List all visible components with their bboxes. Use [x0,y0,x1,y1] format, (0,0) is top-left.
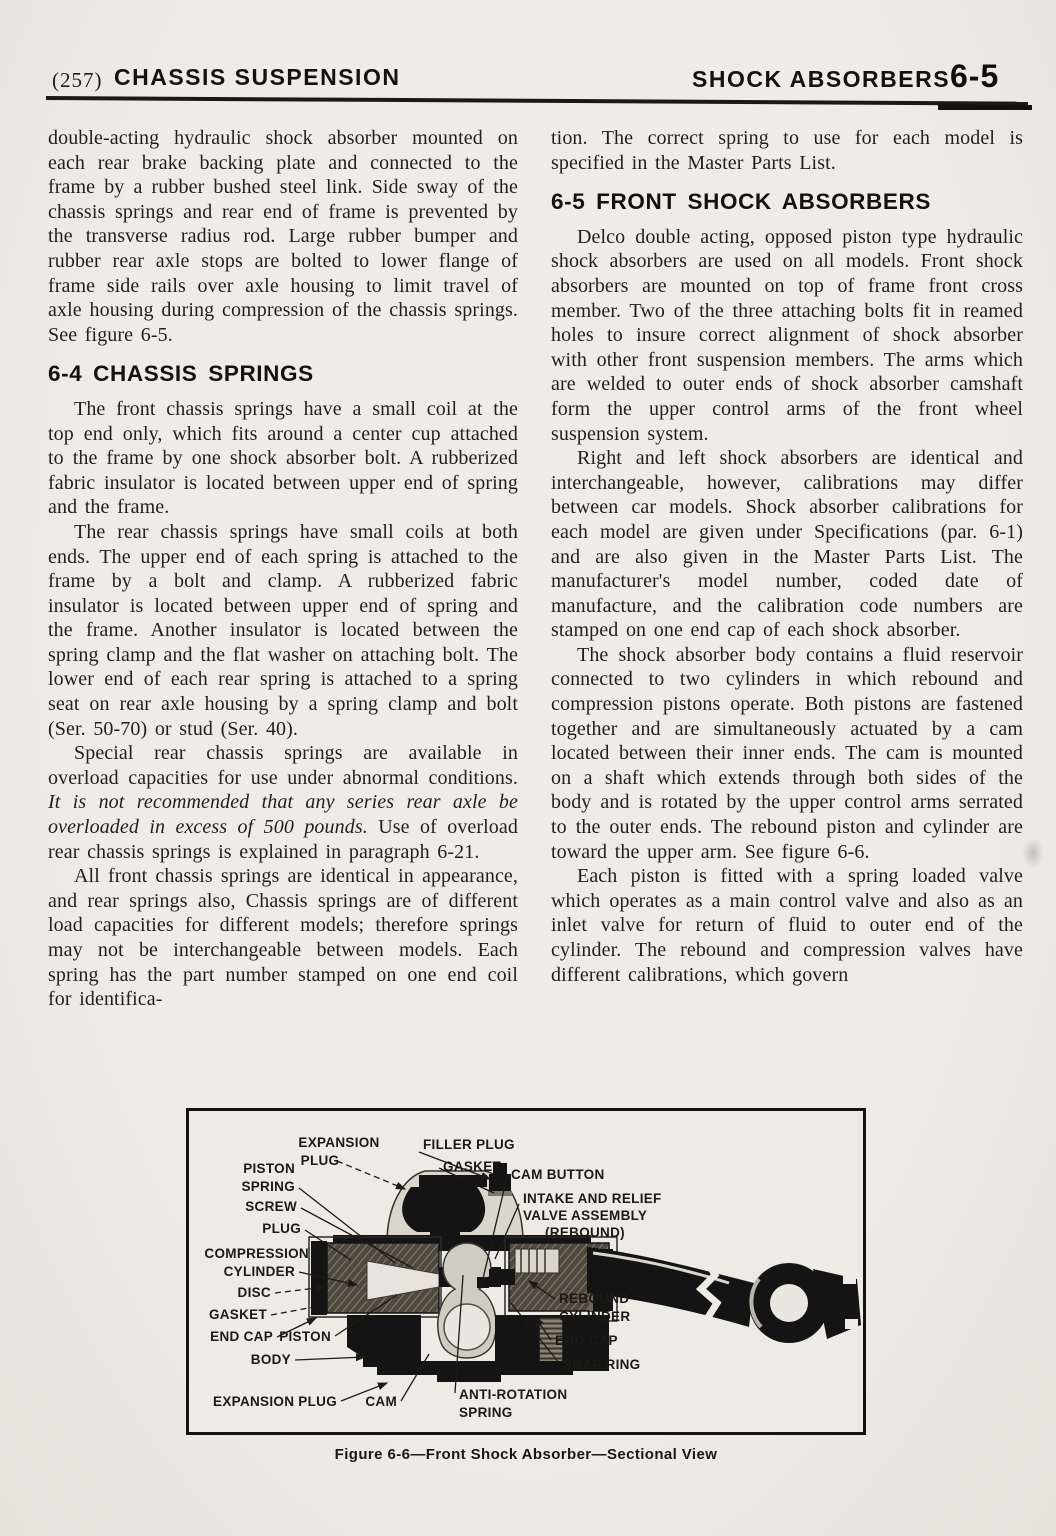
header-section-number: 6-5 [950,58,999,95]
paragraph-text: Special rear chassis springs are availab… [48,742,518,789]
paragraph: Right and left shock absorbers are ident… [551,446,1023,643]
page-number: (257) [52,68,103,93]
right-column: tion. The correct spring to use for each… [551,126,1023,987]
label-compression-cylinder: CYLINDER [224,1264,295,1279]
filler-plug-body [489,1174,511,1191]
header-rule [46,96,1028,106]
label-anti-rotation-spring: SPRING [459,1405,513,1420]
label-plug: PLUG [262,1221,301,1236]
label-piston-spring: PISTON [243,1161,295,1176]
paragraph: Each piston is fitted with a spring load… [551,864,1023,987]
cam-eye-part [444,1304,490,1350]
label-cam-button: CAM BUTTON [511,1167,605,1182]
paragraph: double-acting hydraulic shock absorber m… [48,126,518,347]
label-piston: PISTON [279,1329,331,1344]
scan-smudge [1022,838,1044,868]
paragraph: Special rear chassis springs are availab… [48,741,518,864]
paragraph: The rear chassis springs have small coil… [48,520,518,741]
manual-page: (257) CHASSIS SUSPENSION SHOCK ABSORBERS… [0,0,1056,1536]
label-rebound-cylinder: REBOUND [559,1291,629,1306]
label-end-cap-left: END CAP [210,1329,273,1344]
paragraph: The front chassis springs have a small c… [48,397,518,520]
figure-6-6: EXPANSION PLUG FILLER PLUG GASKET CAM BU… [186,1108,866,1435]
figure-caption: Figure 6-6—Front Shock Absorber—Sectiona… [186,1446,866,1463]
label-body: BODY [251,1352,291,1367]
piston-rod-part [489,1269,515,1285]
label-intake-relief-valve: INTAKE AND RELIEF [523,1191,662,1206]
header-left-title: CHASSIS SUSPENSION [114,64,400,91]
clamp-notch-top [843,1274,856,1284]
section-heading-6-5: 6-5 FRONT SHOCK ABSORBERS [551,190,1023,215]
label-disc: DISC [238,1285,271,1300]
label-screw: SCREW [245,1199,297,1214]
label-rebound-cylinder: CYLINDER [559,1309,630,1324]
label-gasket-left: GASKET [209,1307,268,1322]
section-heading-6-4: 6-4 CHASSIS SPRINGS [48,362,518,387]
label-expansion-plug-bottom: EXPANSION PLUG [213,1394,337,1409]
header-rule-heavy [938,105,1032,110]
label-compression-cylinder: COMPRESSION [204,1246,309,1261]
label-cam: CAM [365,1394,397,1409]
shock-absorber-sectional-diagram: EXPANSION PLUG FILLER PLUG GASKET CAM BU… [189,1111,863,1432]
left-column: double-acting hydraulic shock absorber m… [48,126,518,1012]
label-intake-relief-valve: VALVE ASSEMBLY [523,1208,647,1223]
paragraph: Delco double acting, opposed piston type… [551,225,1023,446]
label-expansion-plug-top: EXPANSION [298,1135,379,1150]
label-intake-relief-valve: (REBOUND) [545,1225,625,1240]
paragraph: tion. The correct spring to use for each… [551,126,1023,175]
label-anti-rotation-spring: ANTI-ROTATION [459,1387,567,1402]
expansion-plug-bottom-part [437,1375,501,1382]
label-piston-spring: SPRING [241,1179,295,1194]
clamp-notch-bottom [845,1319,858,1329]
dome [402,1187,485,1232]
label-expansion-plug-top: PLUG [301,1153,340,1168]
label-filler-plug: FILLER PLUG [423,1137,515,1152]
paragraph: All front chassis springs are identical … [48,864,518,1012]
header-right-title: SHOCK ABSORBERS [692,66,950,93]
body-base [377,1361,573,1375]
paragraph: The shock absorber body contains a fluid… [551,643,1023,864]
label-gasket-top: GASKET [443,1159,502,1174]
label-end-cap-right: END CAP [555,1333,618,1348]
knuckle-eye [770,1284,808,1322]
label-snap-ring: SNAP RING [563,1357,640,1372]
